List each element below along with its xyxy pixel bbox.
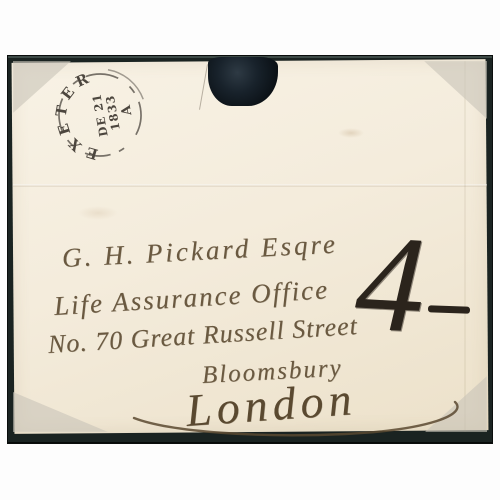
datestamp-code: A [119, 103, 136, 117]
flourish-underline [130, 400, 475, 445]
photograph-of-cover: EXETER DE 21 1833 A 4 G. H. Pickard Esqr… [0, 0, 500, 500]
rate-crossbar-flourish [428, 305, 470, 313]
fold-crease-vertical [464, 61, 466, 432]
exeter-datestamp: EXETER DE 21 1833 A [35, 50, 165, 180]
fold-crease [13, 184, 487, 187]
manuscript-rate-4: 4 [352, 202, 429, 364]
